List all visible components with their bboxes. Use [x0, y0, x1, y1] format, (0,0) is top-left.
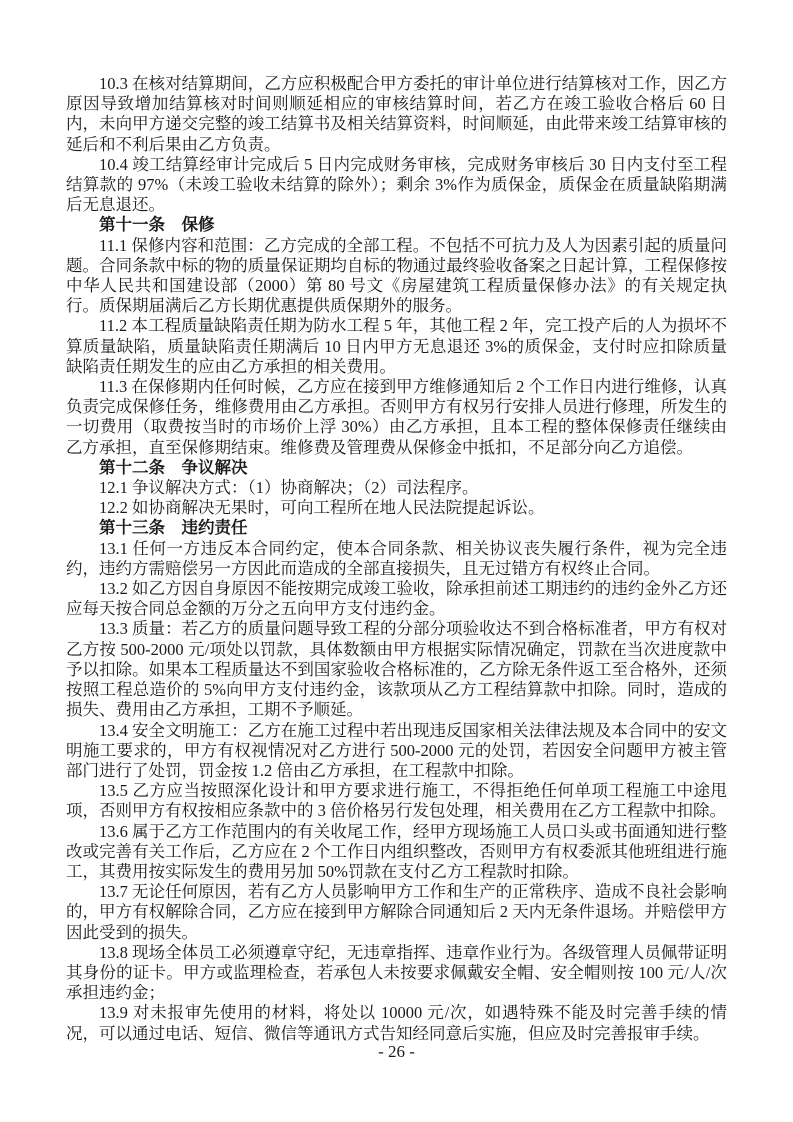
clause-12-1: 12.1 争议解决方式：（1）协商解决；（2）司法程序。 [66, 478, 727, 498]
clause-13-9: 13.9 对未报审先使用的材料，将处以 10000 元/次，如遇特殊不能及时完善… [66, 1003, 727, 1043]
clause-13-4: 13.4 安全文明施工：乙方在施工过程中若出现违反国家相关法律法规及本合同中的安… [66, 721, 727, 782]
clause-13-2: 13.2 如乙方因自身原因不能按期完成竣工验收，除承担前述工期违约的违约金外乙方… [66, 579, 727, 619]
clause-11-1: 11.1 保修内容和范围：乙方完成的全部工程。不包括不可抗力及人为因素引起的质量… [66, 236, 727, 317]
clause-12-2: 12.2 如协商解决无果时，可向工程所在地人民法院提起诉讼。 [66, 498, 727, 518]
document-body: 10.3 在核对结算期间，乙方应积极配合甲方委托的审计单位进行结算核对工作，因乙… [66, 74, 727, 1044]
clause-13-1: 13.1 任何一方违反本合同约定，使本合同条款、相关协议丧失履行条件，视为完全违… [66, 539, 727, 579]
clause-10-4: 10.4 竣工结算经审计完成后 5 日内完成财务审核，完成财务审核后 30 日内… [66, 155, 727, 216]
clause-10-3: 10.3 在核对结算期间，乙方应积极配合甲方委托的审计单位进行结算核对工作，因乙… [66, 74, 727, 155]
clause-13-7: 13.7 无论任何原因，若有乙方人员影响甲方工作和生产的正常秩序、造成不良社会影… [66, 882, 727, 943]
document-page: 10.3 在核对结算期间，乙方应积极配合甲方委托的审计单位进行结算核对工作，因乙… [0, 0, 793, 1122]
heading-article-11: 第十一条 保修 [66, 215, 727, 235]
heading-article-12: 第十二条 争议解决 [66, 458, 727, 478]
page-number: - 26 - [0, 1042, 793, 1062]
clause-13-3: 13.3 质量：若乙方的质量问题导致工程的分部分项验收达不到合格标准者，甲方有权… [66, 619, 727, 720]
clause-13-8: 13.8 现场全体员工必须遵章守纪，无违章指挥、违章作业行为。各级管理人员佩带证… [66, 943, 727, 1004]
clause-11-2: 11.2 本工程质量缺陷责任期为防水工程 5 年，其他工程 2 年，完工投产后的… [66, 316, 727, 377]
heading-article-13: 第十三条 违约责任 [66, 518, 727, 538]
clause-13-6: 13.6 属于乙方工作范围内的有关收尾工作，经甲方现场施工人员口头或书面通知进行… [66, 822, 727, 883]
clause-11-3: 11.3 在保修期内任何时候，乙方应在接到甲方维修通知后 2 个工作日内进行维修… [66, 377, 727, 458]
clause-13-5: 13.5 乙方应当按照深化设计和甲方要求进行施工，不得拒绝任何单项工程施工中途甩… [66, 781, 727, 821]
